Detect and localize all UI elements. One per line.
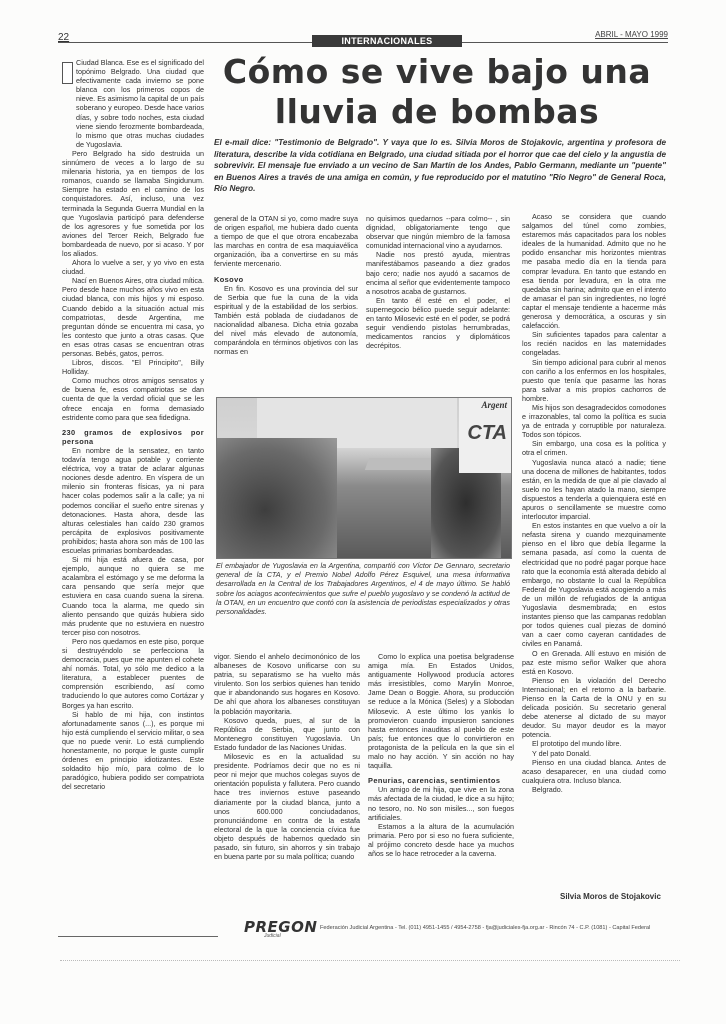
paragraph: Sin suficientes tapados para calentar a …: [522, 330, 666, 357]
paragraph: vigor. Siendo el anhelo decimonónico de …: [214, 652, 360, 716]
article-column-3-bottom: Como lo explica una poetisa belgradense …: [368, 652, 514, 858]
paragraph: Estamos a la altura de la acumulación pr…: [368, 822, 514, 858]
paragraph: Como lo explica una poetisa belgradense …: [368, 652, 514, 770]
paragraph: Como muchos otros amigos sensatos y de b…: [62, 376, 204, 421]
paragraph: Kosovo queda, pues, al sur de la Repúbli…: [214, 716, 360, 752]
paragraph: Pienso en la violación del Derecho Inter…: [522, 676, 666, 740]
paragraph: no quisimos quedarnos --para colmo-- , s…: [366, 214, 510, 250]
paragraph: Sin tiempo adicional para cubrir al meno…: [522, 358, 666, 403]
newspaper-page: 22 INTERNACIONALES ABRIL - MAYO 1999 Ciu…: [0, 0, 726, 1024]
paragraph: Pero Belgrado ha sido destruida un sinnú…: [62, 149, 204, 258]
article-lede: El e-mail dice: "Testimonio de Belgrado"…: [214, 137, 666, 195]
article-column-2-top: general de la OTAN si yo, como madre suy…: [214, 214, 358, 356]
article-column-4: Acaso se considera que cuando salgamos d…: [522, 212, 666, 794]
paragraph: En estos instantes en que vuelvo a oír l…: [522, 521, 666, 648]
subheading: Penurias, carencias, sentimientos: [368, 776, 514, 785]
footer-rule: [58, 936, 218, 937]
author-signature: Silvia Moros de Stojakovic: [560, 892, 661, 901]
subheading: Kosovo: [214, 275, 358, 284]
cta-logo: CTA: [467, 422, 507, 445]
section-label: INTERNACIONALES: [312, 35, 462, 47]
article-title: Cómo se vive bajo una lluvia de bombas: [212, 52, 662, 132]
article-column-1: Ciudad Blanca. Ese es el significado del…: [62, 58, 204, 792]
page-footer: PREGON Judicial Federación Judicial Arge…: [58, 918, 678, 940]
footer-contact: Federación Judicial Argentina - Tel. (01…: [320, 925, 650, 931]
issue-date: ABRIL - MAYO 1999: [595, 30, 668, 39]
paragraph: general de la OTAN si yo, como madre suy…: [214, 214, 358, 269]
paragraph: O en Grenada. Allí estuvo en misión de p…: [522, 649, 666, 676]
page-header: 22 INTERNACIONALES ABRIL - MAYO 1999: [58, 30, 668, 46]
paragraph: Milosevic es en la actualidad su preside…: [214, 752, 360, 861]
paragraph: Pero nos quedamos en este piso, porque s…: [62, 637, 204, 710]
paragraph: Acaso se considera que cuando salgamos d…: [522, 212, 666, 330]
page-number: 22: [58, 32, 69, 43]
paragraph: En fin. Kosovo es una provincia del sur …: [214, 284, 358, 357]
paragraph: Yugoslavia nunca atacó a nadie; tiene un…: [522, 458, 666, 522]
paragraph: Y del pato Donald.: [522, 749, 666, 758]
photo-audience: [217, 438, 337, 558]
paragraph: Un amigo de mi hija, que vive en la zona…: [368, 785, 514, 821]
title-line-2: lluvia de bombas: [212, 92, 662, 132]
article-column-2-bottom: vigor. Siendo el anhelo decimonónico de …: [214, 652, 360, 861]
paragraph: En nombre de la sensatez, en tanto todav…: [62, 446, 204, 555]
article-column-3-top: no quisimos quedarnos --para colmo-- , s…: [366, 214, 510, 350]
paragraph: Si mi hija está afuera de casa, por ejem…: [62, 555, 204, 637]
paragraph: Ahora lo vuelve a ser, y yo vivo en esta…: [62, 258, 204, 276]
paragraph: Nací en Buenos Aires, otra ciudad mítica…: [62, 276, 204, 358]
paragraph: Si hablo de mi hija, con instintos afort…: [62, 710, 204, 792]
photo-caption: El embajador de Yugoslavia en la Argenti…: [216, 561, 510, 616]
paragraph: En tanto él esté en el poder, el superne…: [366, 296, 510, 351]
paragraph: Sin embargo, una cosa es la política y o…: [522, 439, 666, 457]
bottom-rule: [60, 960, 680, 961]
paragraph: Mis hijos son desagradecidos comodones e…: [522, 403, 666, 439]
title-line-1: Cómo se vive bajo una: [212, 52, 662, 92]
logo-subtitle: Judicial: [264, 933, 281, 939]
paragraph: El prototipo del mundo libre.: [522, 739, 666, 748]
paragraph: Libros, discos. "El Principito", Billy H…: [62, 358, 204, 376]
paragraph: Nadie nos prestó ayuda, mientras manifes…: [366, 250, 510, 295]
paragraph: Ciudad Blanca. Ese es el significado del…: [62, 58, 204, 149]
photo-cta-banner: Argent CTA: [459, 398, 511, 473]
banner-text: Argent: [481, 400, 507, 410]
paragraph: Pienso en una ciudad blanca. Antes de ac…: [522, 758, 666, 785]
subheading: 230 gramos de explosivos por persona: [62, 428, 204, 446]
event-photo: Argent CTA: [216, 397, 512, 559]
paragraph: Belgrado.: [522, 785, 666, 794]
